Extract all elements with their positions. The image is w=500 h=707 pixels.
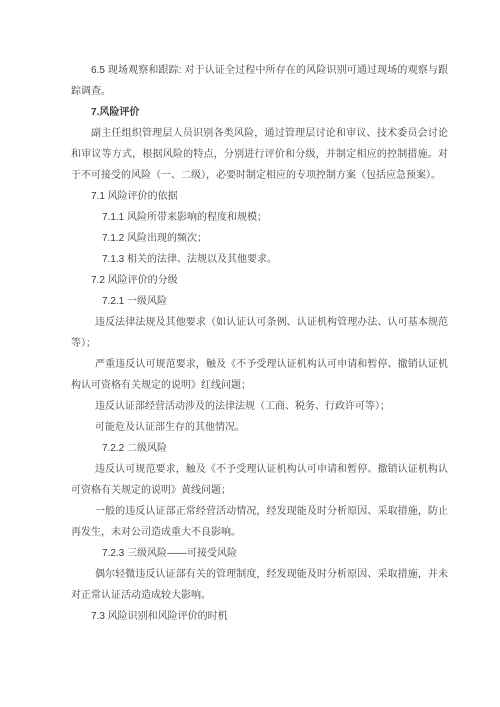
para-7-2-3-a: 偶尔轻微违反认证部有关的管理制度，经发现能及时分析原因、采取措施，并未对正常认证… (71, 564, 448, 606)
heading-7-3: 7.3 风险识别和风险评价的时机 (71, 606, 448, 627)
document-body: 6.5 现场观察和跟踪: 对于认证全过程中所存在的风险识别可通过现场的观察与跟踪… (0, 0, 500, 627)
para-7-2-2-b: 一般的违反认证部正常经营活动情况，经发现能及时分析原因、采取措施，防止再发生，未… (71, 501, 448, 543)
para-7-2-1-d: 可能危及认证部生存的其他情况。 (71, 417, 448, 438)
para-7-2-1-b: 严重违反认可规范要求，触及《不予受理认证机构认可申请和暂停、撤销认证机构认可资格… (71, 354, 448, 396)
item-7-1-2: 7.1.2 风险出现的频次； (71, 228, 448, 249)
heading-7: 7.风险评价 (71, 102, 448, 123)
para-6-5: 6.5 现场观察和跟踪: 对于认证全过程中所存在的风险识别可通过现场的观察与跟踪… (71, 60, 448, 102)
heading-7-2-1: 7.2.1 一级风险 (71, 291, 448, 312)
para-7-2-1-a: 违反法律法规及其他要求（如认证认可条例、认证机构管理办法、认可基本规范等）； (71, 312, 448, 354)
document-page: 6.5 现场观察和跟踪: 对于认证全过程中所存在的风险识别可通过现场的观察与跟踪… (0, 0, 500, 707)
heading-7-2-3: 7.2.3 三级风险——可接受风险 (71, 543, 448, 564)
heading-7-2: 7.2 风险评价的分级 (71, 270, 448, 291)
para-7-2-1-c: 违反认证部经营活动涉及的法律法规（工商、税务、行政许可等）； (71, 396, 448, 417)
para-7-intro: 副主任组织管理层人员识别各类风险，通过管理层讨论和审议、技术委员会讨论和审议等方… (71, 123, 448, 186)
item-7-1-1: 7.1.1 风险所带来影响的程度和规模； (71, 207, 448, 228)
heading-7-1: 7.1 风险评价的依据 (71, 186, 448, 207)
item-7-1-3: 7.1.3 相关的法律、法规以及其他要求。 (71, 249, 448, 270)
para-7-2-2-a: 违反认可规范要求，触及《不予受理认证机构认可申请和暂停、撤销认证机构认可资格有关… (71, 459, 448, 501)
heading-7-2-2: 7.2.2 二级风险 (71, 438, 448, 459)
